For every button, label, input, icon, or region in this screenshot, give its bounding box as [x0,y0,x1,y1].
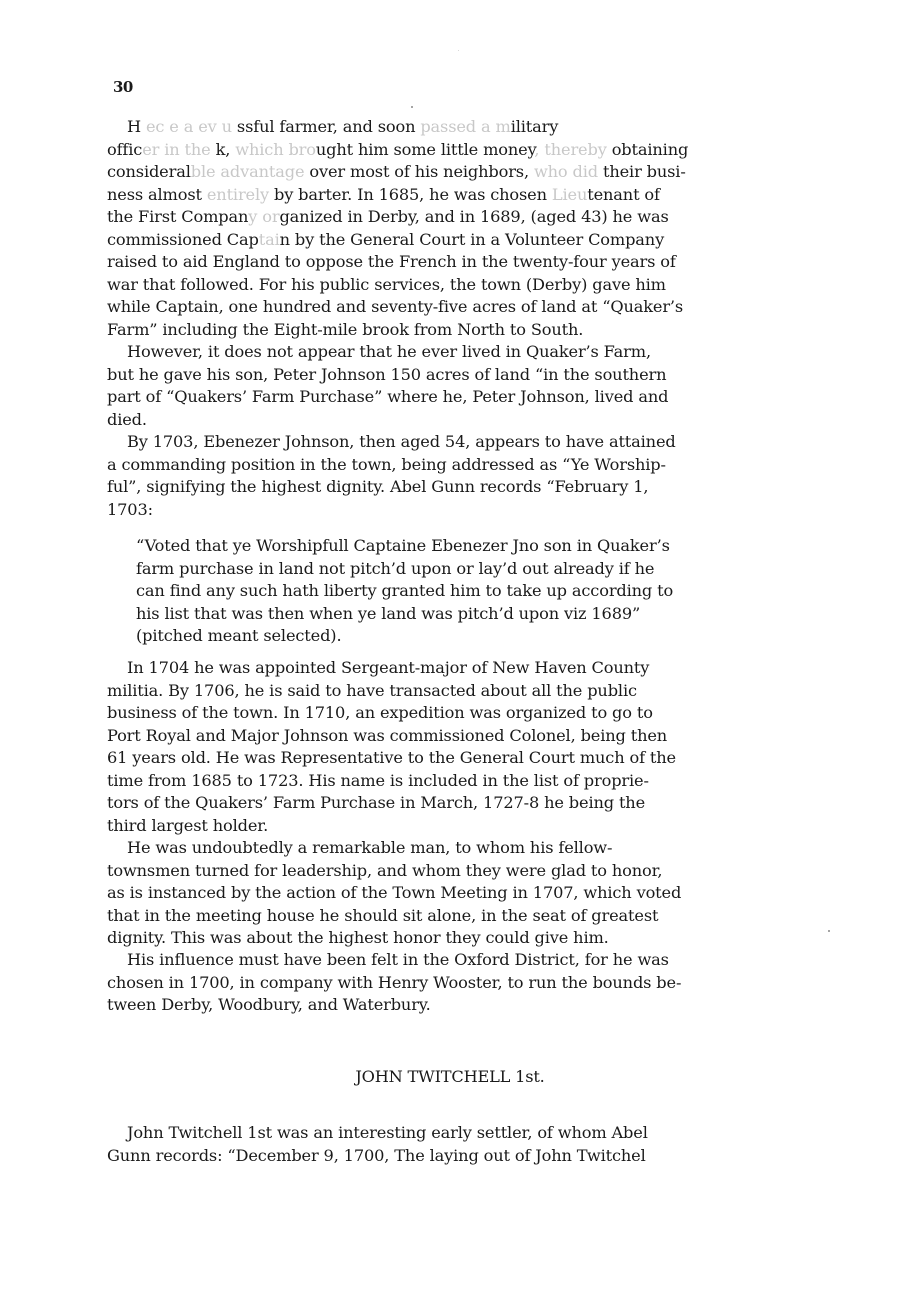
text-line: dignity. This was about the highest hono… [107,927,787,950]
text-line: ness almost entirely by barter. In 1685,… [107,184,787,207]
paragraph-4: In 1704 he was appointed Sergeant-major … [107,657,787,837]
text-line: officer in the k, which brought him some… [107,139,787,162]
faded-text: y or [248,207,279,226]
quote-line: (pitched meant selected). [136,625,786,648]
text-line: tween Derby, Woodbury, and Waterbury. [107,994,787,1017]
text-segment: ganized in Derby, and in 1689, (aged 43)… [279,207,668,226]
paragraph-1: H ec e a ev u ssful farmer, and soon pas… [107,116,787,341]
text-line: John Twitchell 1st was an interesting ea… [107,1122,787,1145]
faded-text: entirely [207,185,274,204]
text-line: war that followed. For his public servic… [107,274,787,297]
quote-line: “Voted that ye Worshipfull Captaine Eben… [136,535,786,558]
text-line: consideralble advantage over most of his… [107,161,787,184]
text-line: commissioned Captain by the General Cour… [107,229,787,252]
text-line: that in the meeting house he should sit … [107,905,787,928]
text-segment: their busi- [603,162,686,181]
text-line: part of “Quakers’ Farm Purchase” where h… [107,386,787,409]
faded-text: who did [534,162,603,181]
paragraph-7: John Twitchell 1st was an interesting ea… [107,1122,787,1167]
text-segment: ness almost [107,185,207,204]
faded-text: er in the [142,140,215,159]
faded-text: , thereby [534,140,611,159]
faded-text: tai [259,230,280,249]
text-segment: ught him some little money [316,140,535,159]
page-number: 30 [113,78,133,96]
text-line: third largest holder. [107,815,787,838]
section-heading: JOHN TWITCHELL 1st. [0,1067,900,1086]
text-segment: consideral [107,162,191,181]
text-line: H ec e a ev u ssful farmer, and soon pas… [107,116,787,139]
scan-speck [828,930,830,932]
text-segment: the First Compan [107,207,248,226]
scan-speck [458,50,459,51]
text-segment: offic [107,140,142,159]
text-line: His influence must have been felt in the… [107,949,787,972]
text-segment: ilitary [511,117,559,136]
text-line: Port Royal and Major Johnson was commiss… [107,725,787,748]
faded-text: ec e a ev u [141,117,237,136]
text-line: died. [107,409,787,432]
faded-text: Lieu [552,185,587,204]
text-line: Farm” including the Eight-mile brook fro… [107,319,787,342]
faded-text: passed a m [420,117,510,136]
text-line: raised to aid England to oppose the Fren… [107,251,787,274]
text-line: However, it does not appear that he ever… [107,341,787,364]
text-line: tors of the Quakers’ Farm Purchase in Ma… [107,792,787,815]
quote-line: farm purchase in land not pitch’d upon o… [136,558,786,581]
text-line: chosen in 1700, in company with Henry Wo… [107,972,787,995]
text-line: He was undoubtedly a remarkable man, to … [107,837,787,860]
document-page: 30 H ec e a ev u ssful farmer, and soon … [0,0,900,1290]
text-segment: over most of his neighbors, [304,162,534,181]
text-line: the First Company organized in Derby, an… [107,206,787,229]
text-segment: Farm” including the Eight-mile brook fro… [107,320,583,339]
text-line: By 1703, Ebenezer Johnson, then aged 54,… [107,431,787,454]
paragraph-3: By 1703, Ebenezer Johnson, then aged 54,… [107,431,787,521]
text-line: In 1704 he was appointed Sergeant-major … [107,657,787,680]
faded-text: ble advantage [191,162,305,181]
text-segment: raised to aid England to oppose the Fren… [107,252,676,271]
text-line: 1703: [107,499,787,522]
text-line: as is instanced by the action of the Tow… [107,882,787,905]
block-quote: “Voted that ye Worshipfull Captaine Eben… [136,535,786,648]
text-segment: n by the General Court in a Volunteer Co… [280,230,664,249]
text-line: business of the town. In 1710, an expedi… [107,702,787,725]
text-segment: commissioned Cap [107,230,259,249]
text-segment: while Captain, one hundred and seventy-f… [107,297,683,316]
text-segment: H [127,117,141,136]
faded-text: which bro [235,140,316,159]
text-line: a commanding position in the town, being… [107,454,787,477]
text-line: time from 1685 to 1723. His name is incl… [107,770,787,793]
text-line: militia. By 1706, he is said to have tra… [107,680,787,703]
text-line: but he gave his son, Peter Johnson 150 a… [107,364,787,387]
text-line: townsmen turned for leadership, and whom… [107,860,787,883]
paragraph-5: He was undoubtedly a remarkable man, to … [107,837,787,950]
text-segment: k, [216,140,236,159]
text-line: ful”, signifying the highest dignity. Ab… [107,476,787,499]
paragraph-2: However, it does not appear that he ever… [107,341,787,431]
text-segment: tenant of [587,185,660,204]
paragraph-6: His influence must have been felt in the… [107,949,787,1017]
text-segment: war that followed. For his public servic… [107,275,666,294]
text-segment: obtaining [612,140,688,159]
scan-speck [411,106,413,108]
quote-line: his list that was then when ye land was … [136,603,786,626]
text-segment: by barter. In 1685, he was chosen [274,185,552,204]
text-line: Gunn records: “December 9, 1700, The lay… [107,1145,787,1168]
text-line: 61 years old. He was Representative to t… [107,747,787,770]
text-segment: ssful farmer, and soon [237,117,420,136]
quote-line: can find any such hath liberty granted h… [136,580,786,603]
text-line: while Captain, one hundred and seventy-f… [107,296,787,319]
